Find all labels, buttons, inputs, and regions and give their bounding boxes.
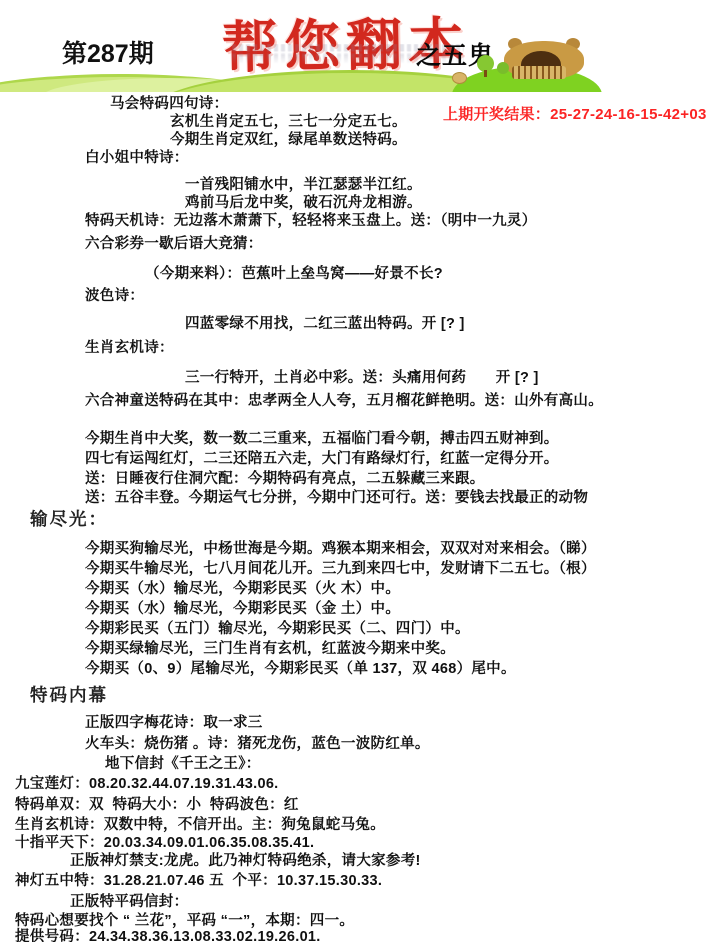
last-draw-numbers: 25-27-24-16-15-42+03 [550, 106, 707, 123]
text-line: 今期买牛输尽光，七八月间花儿开。三九到来四七中，发财请下二五七。（根） [85, 560, 596, 578]
text-line: 神灯五中特：31.28.21.07.46 五 个平：10.37.15.30.33… [15, 872, 382, 890]
text-line: （今期来料）：芭蕉叶上垒鸟窝——好景不长? [145, 265, 443, 283]
text-line: 玄机生肖定五七，三七一分定五七。 [170, 113, 407, 131]
text-line: 三一行特开，土肖必中彩。送：头痛用何药 开 [? ] [185, 369, 539, 387]
text-line: 今期买（水）输尽光，今期彩民买（火 木）中。 [85, 580, 400, 598]
text-line: 送：五谷丰登。今期运气七分拼，今期中门还可行。送：要钱去找最正的动物 [85, 489, 588, 507]
pebble-icon [452, 72, 467, 84]
tree-icon [497, 62, 509, 74]
section-baixiaojie-title: 白小姐中特诗： [85, 149, 189, 167]
text-line: 四七有运闯红灯，二三还陪五六走，大门有路绿灯行，红蓝一定得分开。 [85, 450, 559, 468]
section-shujinguang-header: 输尽光： [30, 510, 108, 528]
grass-band-graphic [0, 69, 484, 92]
section-xiehouyu-title: 六合彩券一歇后语大竞猜： [85, 235, 263, 253]
text-line: 今期买（0、9）尾输尽光，今期彩民买（单 137，双 468）尾中。 [85, 660, 516, 678]
text-line: 今期买绿输尽光，三门生肖有玄机，红蓝波今期来中奖。 [85, 640, 455, 658]
text-line: 今期买（水）输尽光，今期彩民买（金 土）中。 [85, 600, 400, 618]
issue-number: 第287期 [62, 34, 154, 70]
last-draw-label: 上期开奖结果： [443, 106, 550, 123]
text-line: 送：日睡夜行住洞穴配：今期特码有亮点，二五躲藏三来跟。 [85, 470, 485, 488]
text-line: 正版特平码信封： [70, 893, 188, 911]
text-line: 火车头：烧伤猪 。诗：猪死龙伤，蓝色一波防红单。 [85, 735, 430, 753]
section-mahui-poem-title: 马会特码四句诗： [110, 95, 228, 113]
text-line: 四蓝零绿不用找，二红三蓝出特码。开 [? ] [185, 315, 465, 333]
text-line: 今期生肖中大奖，数一数二三重来，五福临门看今朝，搏击四五财神到。 [85, 430, 559, 448]
text-line: 生肖玄机诗：双数中特，不信开出。主：狗兔鼠蛇马兔。 [15, 816, 385, 834]
text-line: 正版神灯禁支:龙虎。此乃神灯特码绝杀，请大家参考! [70, 852, 421, 870]
page: { "header": { "issue": "第287期", "title":… [0, 0, 720, 942]
section-boseshi-title: 波色诗： [85, 287, 144, 305]
text-line: 九宝莲灯：08.20.32.44.07.19.31.43.06. [15, 775, 279, 793]
section-shengxiao-title: 生肖玄机诗： [85, 339, 174, 357]
text-line: 一首残阳铺水中，半江瑟瑟半江红。 [185, 176, 422, 194]
text-line: 正版四字梅花诗：取一求三 [85, 714, 263, 732]
text-line: 十指平天下：20.03.34.09.01.06.35.08.35.41. [15, 834, 314, 852]
text-line: 提供号码：24.34.38.36.13.08.33.02.19.26.01. [15, 928, 321, 942]
text-line: 今期彩民买（五门）输尽光，今期彩民买（二、四门）中。 [85, 620, 470, 638]
text-line: 六合神童送特码在其中：忠孝两全人人夸，五月榴花鲜艳明。送：山外有高山。 [85, 392, 603, 410]
section-temaneimu-header: 特码内幕 [30, 686, 108, 704]
fence-icon [512, 66, 566, 79]
text-line: 今期生肖定双红，绿尾单数送特码。 [170, 131, 407, 149]
last-draw-result: 上期开奖结果：25-27-24-16-15-42+03 [443, 103, 707, 124]
text-line: 特码天机诗：无边落木萧萧下，轻轻将来玉盘上。送：（明中一九灵） [85, 212, 537, 230]
text-line: 地下信封《千王之王》： [105, 755, 261, 773]
text-line: 特码单双：双 特码大小：小 特码波色：红 [15, 796, 299, 814]
text-line: 鸡前马后龙中奖，破石沉舟龙相游。 [185, 194, 422, 212]
text-line: 今期买狗输尽光，中杨世海是今期。鸡猴本期来相会，双双对对来相会。（睇） [85, 540, 596, 558]
tree-trunk-icon [484, 70, 487, 77]
